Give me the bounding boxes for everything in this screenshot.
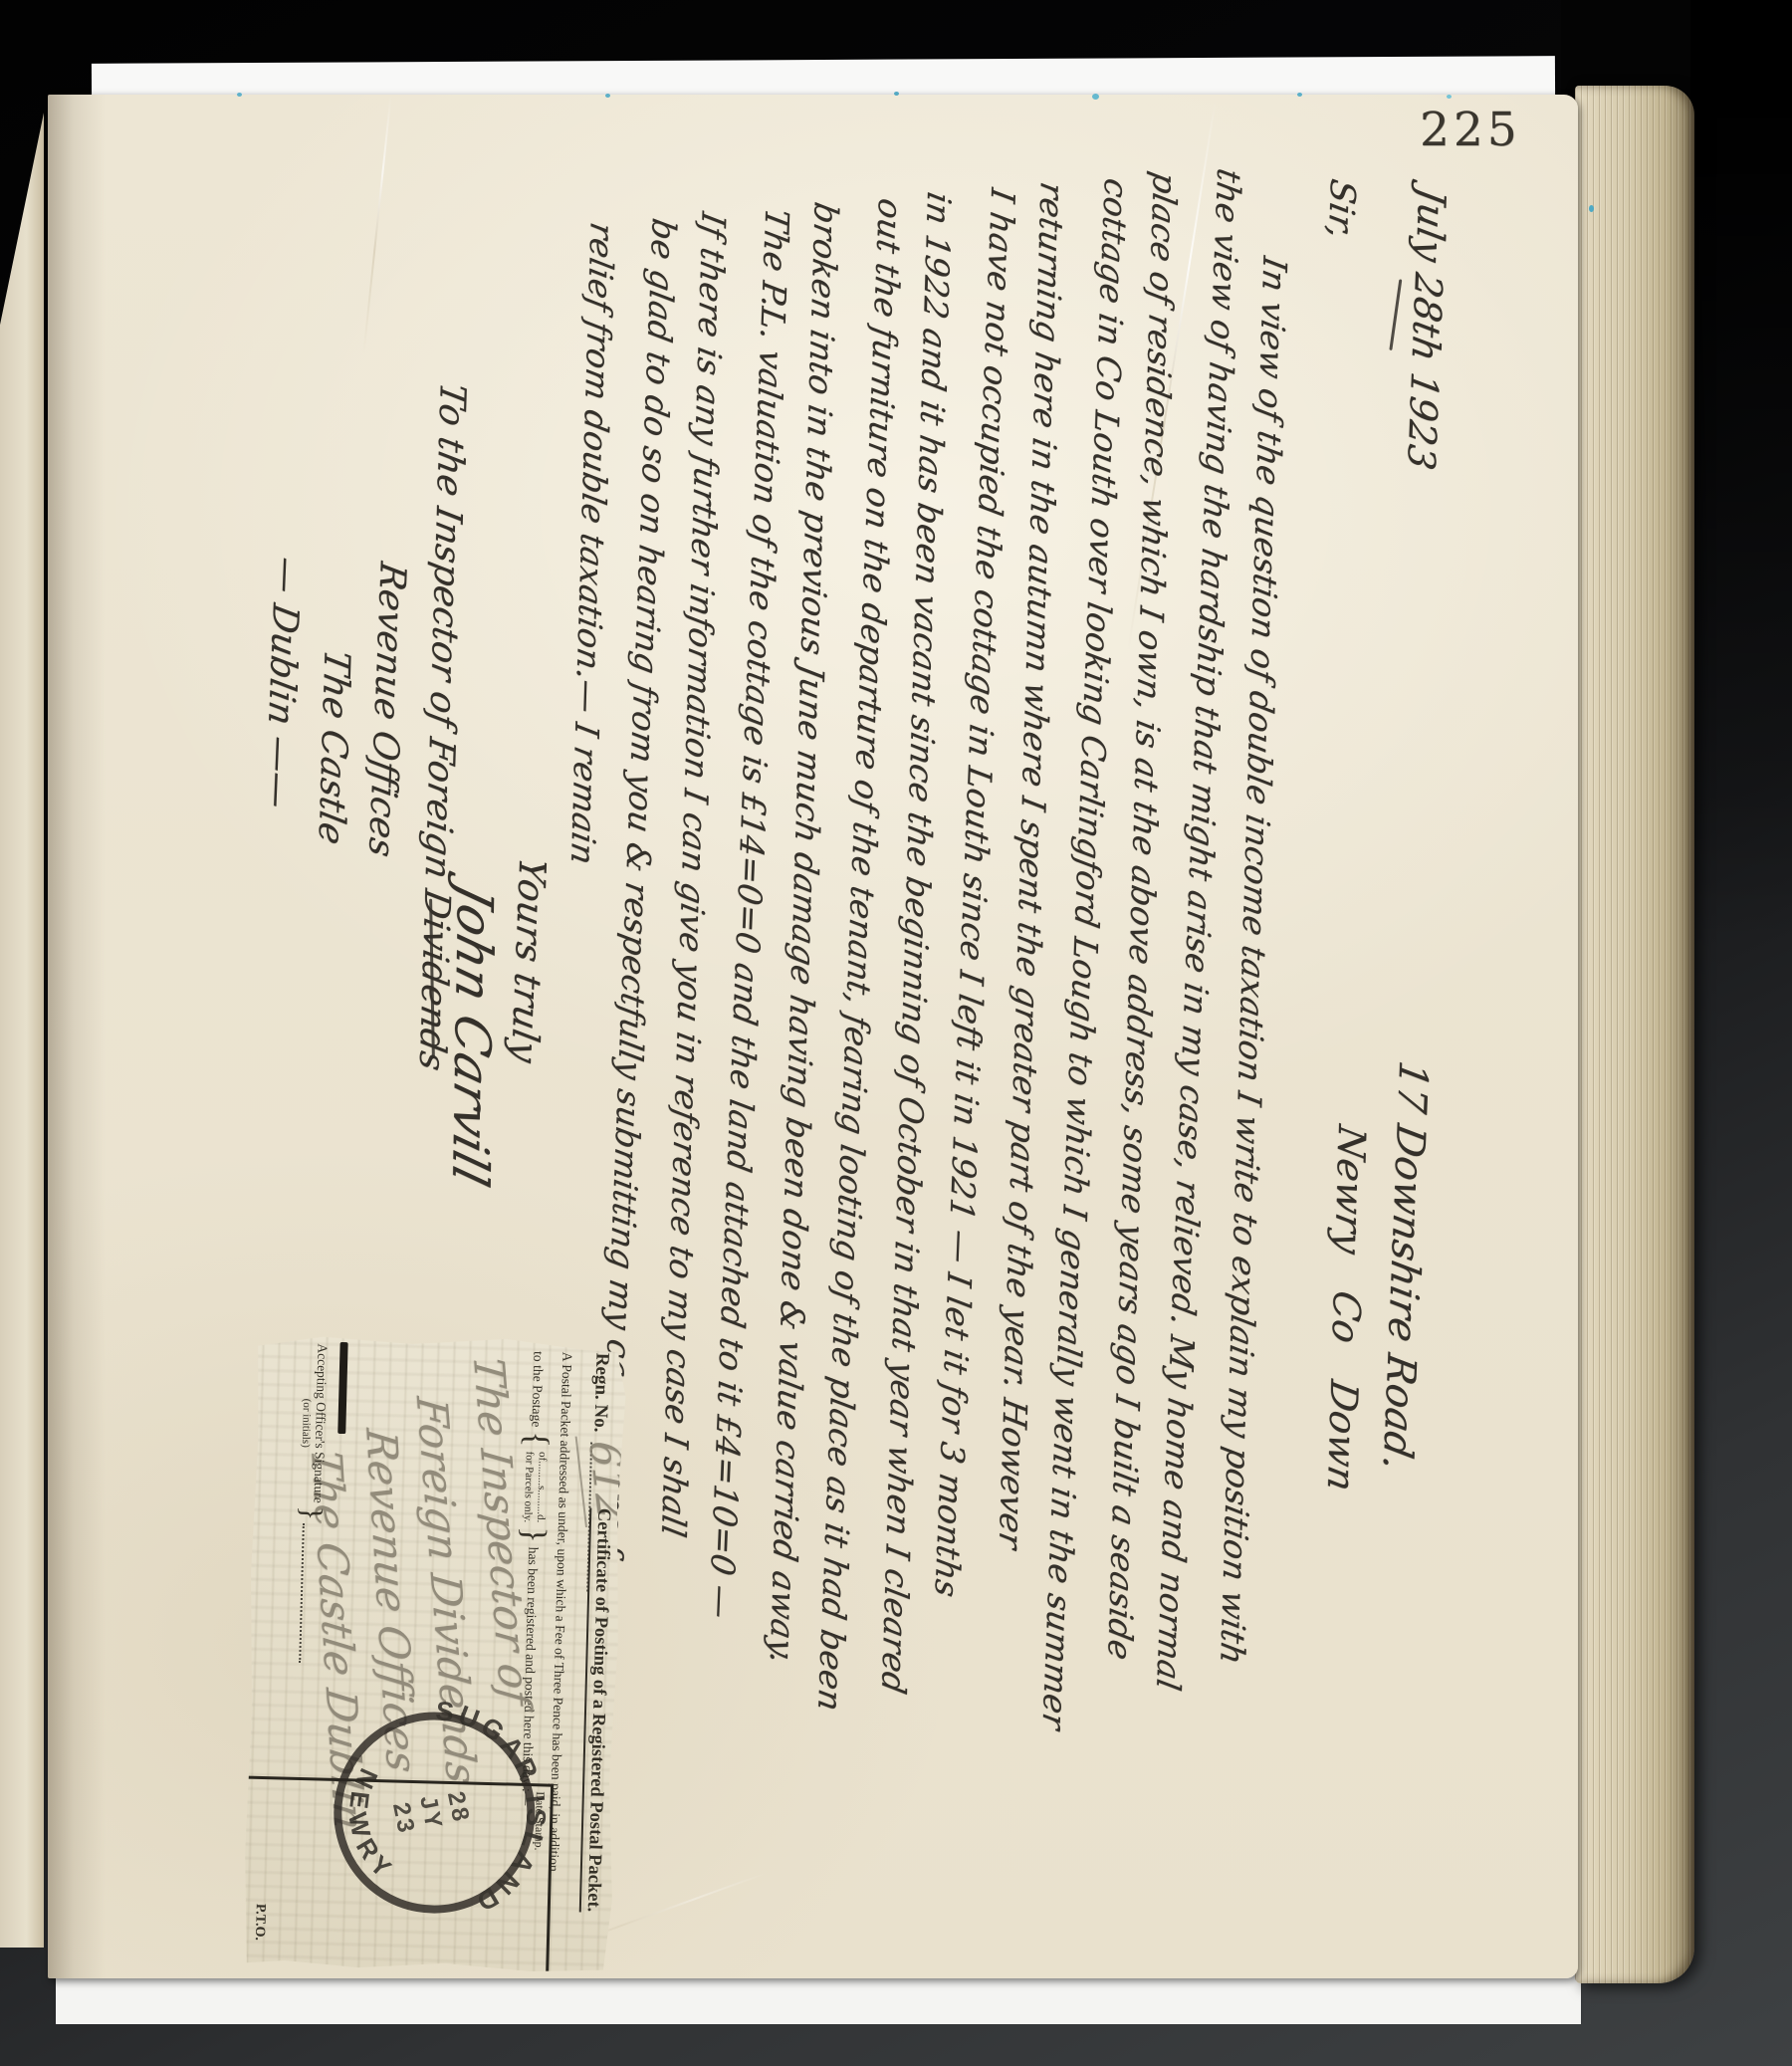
facing-page-sliver bbox=[0, 104, 44, 1948]
book-cover-edge bbox=[1690, 0, 1792, 946]
gutter-shadow bbox=[48, 95, 106, 1978]
album-page: 225 July 28th 1923 17 Downshire Road. Ne… bbox=[48, 95, 1578, 1978]
letter-salutation: Sir, bbox=[1320, 176, 1362, 242]
letter-address-line2: Newry Co Down bbox=[1319, 1122, 1374, 1495]
certificate-of-posting-slip: Regn. No. 612 Certificate of Posting of … bbox=[239, 1330, 629, 1977]
postmark-day: 28 bbox=[442, 1789, 475, 1826]
letter-addressee-line3: The Castle bbox=[311, 646, 357, 848]
signature-dotted-line bbox=[299, 1523, 319, 1663]
underlying-page-edge-bottom bbox=[56, 1974, 1581, 2024]
postmark-sugar-island-newry: SUGAR ISLAND NEWRY 28 JY 23 bbox=[300, 1678, 569, 1948]
open-brace: { bbox=[521, 1431, 551, 1448]
blue-speckles bbox=[1589, 205, 1594, 212]
letter-addressee-line2: Revenue Offices bbox=[360, 560, 413, 861]
postage-line: of.........s.........d. bbox=[534, 1452, 549, 1523]
slip-body-line2-start: to the Postage bbox=[528, 1351, 546, 1428]
regn-no-label: Regn. No. bbox=[588, 1353, 612, 1433]
signature-brace: } bbox=[296, 1505, 326, 1520]
letter-body-line: relief from double taxation.— I remain bbox=[563, 219, 621, 867]
letter-address-line1: 17 Downshire Road. bbox=[1374, 1057, 1436, 1474]
letter-addressee-line4: — Dublin —— bbox=[257, 554, 308, 811]
pto-label: P.T.O. bbox=[251, 1904, 268, 1941]
date-underline bbox=[1389, 279, 1402, 350]
page-stack-fore-edge bbox=[1575, 86, 1694, 1983]
book-scan: 225 July 28th 1923 17 Downshire Road. Ne… bbox=[0, 0, 1792, 2066]
letter-date: July 28th 1923 bbox=[1399, 184, 1454, 473]
letter-closing: Yours truly bbox=[503, 854, 554, 1065]
